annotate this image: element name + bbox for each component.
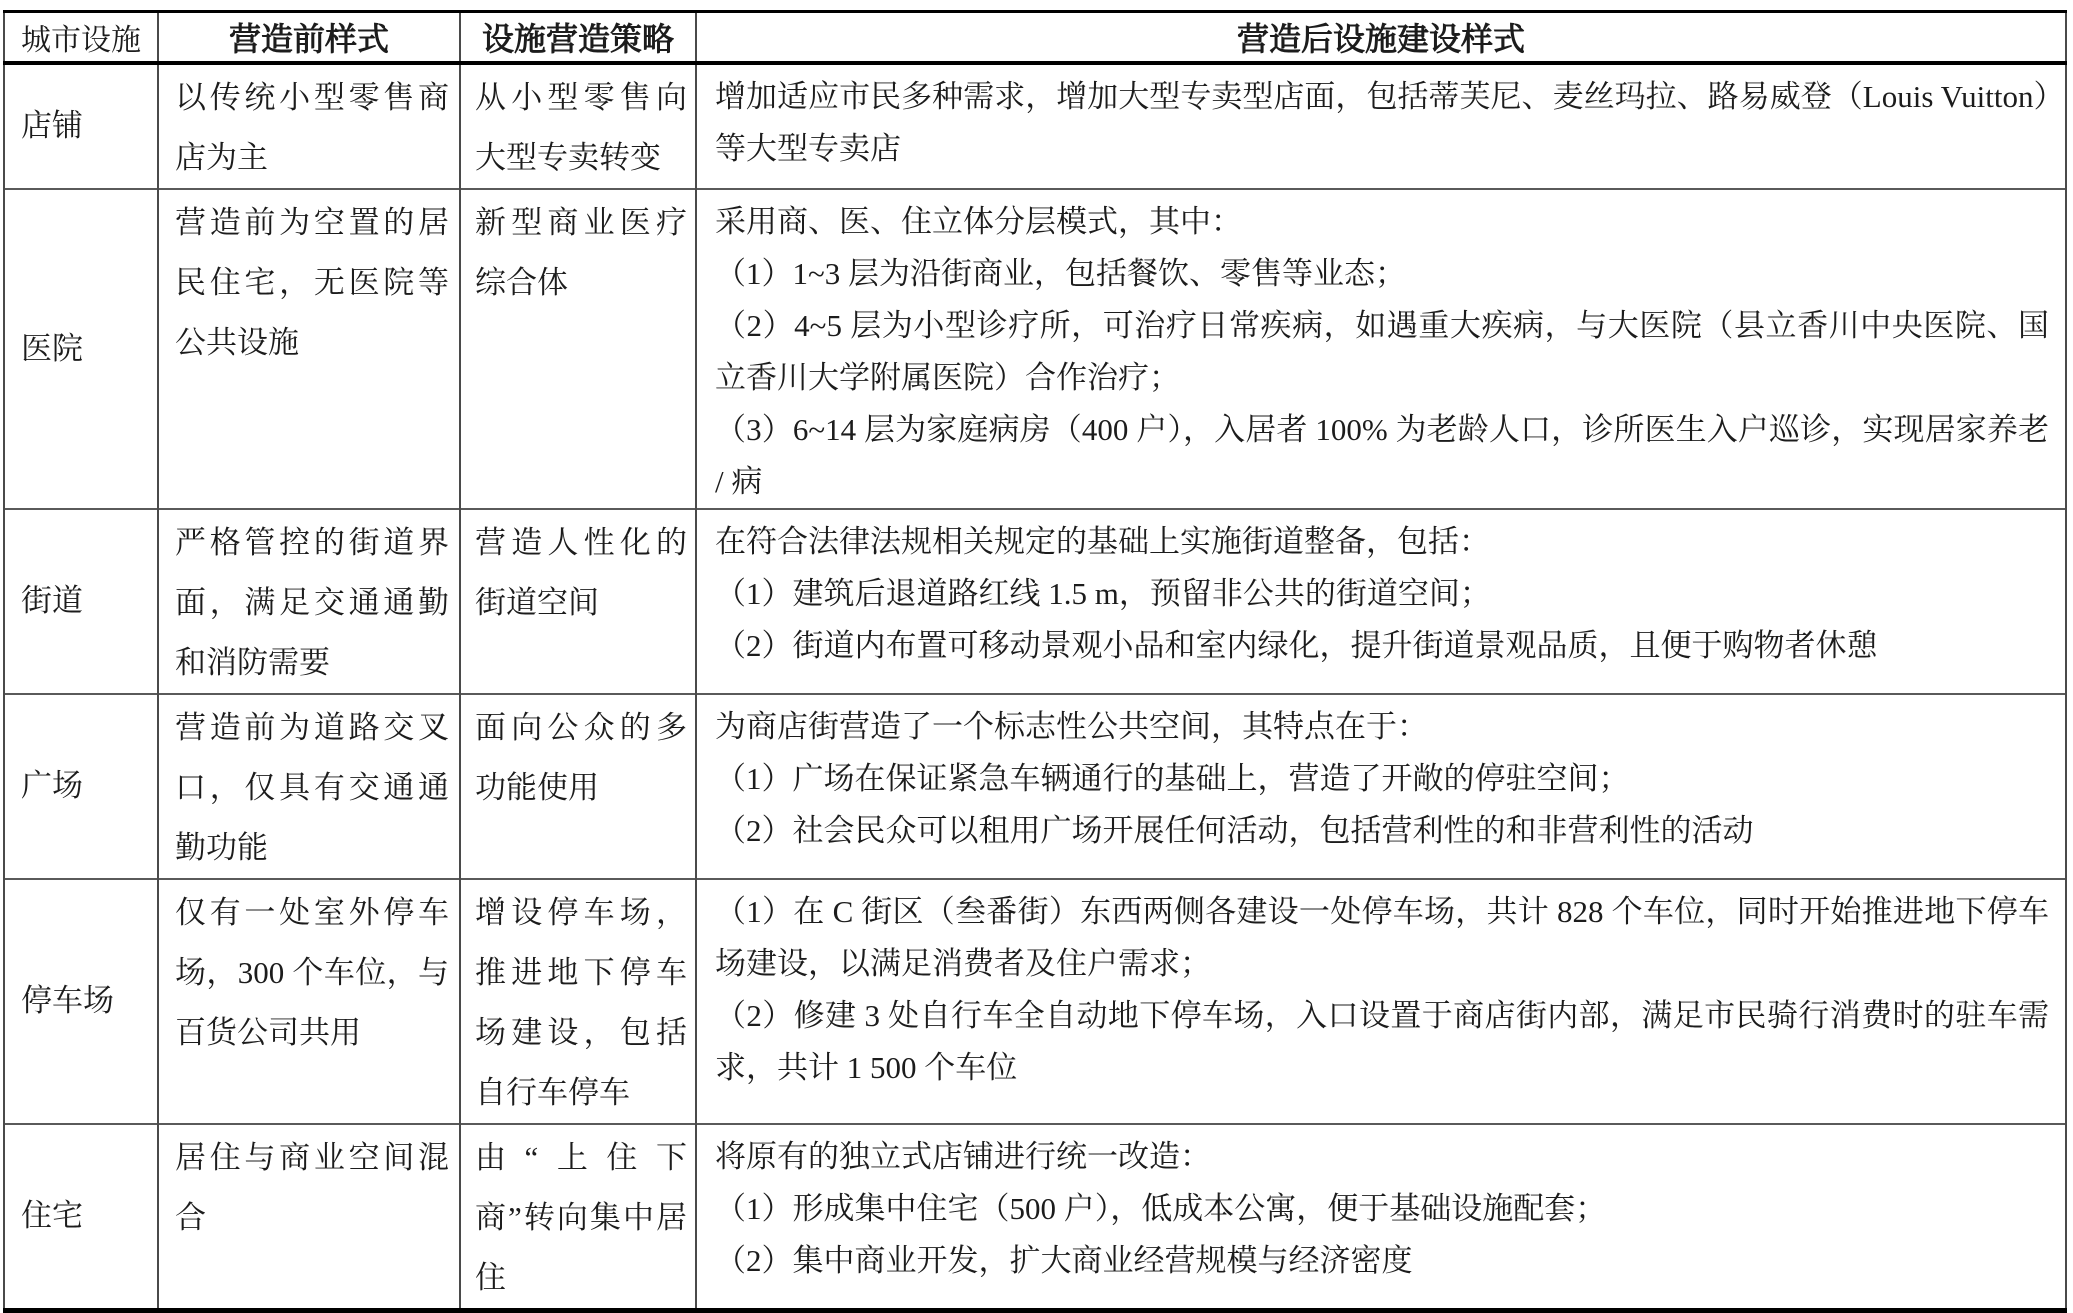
table-header-row: 城市设施 营造前样式 设施营造策略 营造后设施建设样式 — [4, 12, 2066, 63]
after-cell: 在符合法律法规相关规定的基础上实施街道整备，包括： （1）建筑后退道路红线 1.… — [696, 509, 2066, 694]
after-paragraph: （2）社会民众可以租用广场开展任何活动，包括营利性的和非营利性的活动 — [715, 805, 2049, 857]
after-cell: 采用商、医、住立体分层模式，其中： （1）1~3 层为沿街商业，包括餐饮、零售等… — [696, 189, 2066, 509]
table-row-hospital: 医院 营造前为空置的居民住宅，无医院等公共设施 新型商业医疗综合体 采用商、医、… — [4, 189, 2066, 509]
after-paragraph: 增加适应市民多种需求，增加大型专卖型店面，包括蒂芙尼、麦丝玛拉、路易威登（Lou… — [715, 71, 2049, 175]
before-cell: 营造前为空置的居民住宅，无医院等公共设施 — [158, 189, 460, 509]
after-paragraph: （2）街道内布置可移动景观小品和室内绿化，提升街道景观品质，且便于购物者休憩 — [715, 620, 2049, 672]
strategy-cell: 从小型零售向大型专卖转变 — [460, 63, 696, 189]
strategy-cell: 增设停车场，推进地下停车场建设，包括自行车停车 — [460, 879, 696, 1124]
before-cell: 营造前为道路交叉口，仅具有交通通勤功能 — [158, 694, 460, 879]
before-cell: 严格管控的街道界面，满足交通通勤和消防需要 — [158, 509, 460, 694]
facility-cell: 住宅 — [4, 1124, 158, 1311]
after-paragraph: （2）4~5 层为小型诊疗所，可治疗日常疾病，如遇重大疾病，与大医院（县立香川中… — [715, 300, 2049, 404]
header-cell-before: 营造前样式 — [158, 12, 460, 63]
after-paragraph: 采用商、医、住立体分层模式，其中： — [715, 196, 2049, 248]
facility-cell: 街道 — [4, 509, 158, 694]
after-paragraph: （2）集中商业开发，扩大商业经营规模与经济密度 — [715, 1235, 2049, 1287]
after-cell: （1）在 C 街区（叁番街）东西两侧各建设一处停车场，共计 828 个车位，同时… — [696, 879, 2066, 1124]
table-row-street: 街道 严格管控的街道界面，满足交通通勤和消防需要 营造人性化的街道空间 在符合法… — [4, 509, 2066, 694]
before-cell: 以传统小型零售商店为主 — [158, 63, 460, 189]
strategy-cell: 由“上住下商”转向集中居住 — [460, 1124, 696, 1311]
after-paragraph: （2）修建 3 处自行车全自动地下停车场，入口设置于商店街内部，满足市民骑行消费… — [715, 990, 2049, 1094]
before-cell: 居住与商业空间混合 — [158, 1124, 460, 1311]
after-paragraph: 在符合法律法规相关规定的基础上实施街道整备，包括： — [715, 516, 2049, 568]
facility-cell: 停车场 — [4, 879, 158, 1124]
strategy-cell: 营造人性化的街道空间 — [460, 509, 696, 694]
table-row-parking: 停车场 仅有一处室外停车场，300 个车位，与百货公司共用 增设停车场，推进地下… — [4, 879, 2066, 1124]
after-paragraph: （1）形成集中住宅（500 户），低成本公寓，便于基础设施配套； — [715, 1183, 2049, 1235]
table-row-shop: 店铺 以传统小型零售商店为主 从小型零售向大型专卖转变 增加适应市民多种需求，增… — [4, 63, 2066, 189]
header-cell-after: 营造后设施建设样式 — [696, 12, 2066, 63]
facility-cell: 广场 — [4, 694, 158, 879]
after-paragraph: （3）6~14 层为家庭病房（400 户），入居者 100% 为老龄人口，诊所医… — [715, 404, 2049, 508]
before-cell: 仅有一处室外停车场，300 个车位，与百货公司共用 — [158, 879, 460, 1124]
table-row-residence: 住宅 居住与商业空间混合 由“上住下商”转向集中居住 将原有的独立式店铺进行统一… — [4, 1124, 2066, 1311]
table-row-square: 广场 营造前为道路交叉口，仅具有交通通勤功能 面向公众的多功能使用 为商店街营造… — [4, 694, 2066, 879]
header-cell-strategy: 设施营造策略 — [460, 12, 696, 63]
after-cell: 将原有的独立式店铺进行统一改造： （1）形成集中住宅（500 户），低成本公寓，… — [696, 1124, 2066, 1311]
facility-cell: 医院 — [4, 189, 158, 509]
table-body: 店铺 以传统小型零售商店为主 从小型零售向大型专卖转变 增加适应市民多种需求，增… — [4, 63, 2066, 1311]
after-paragraph: （1）建筑后退道路红线 1.5 m，预留非公共的街道空间； — [715, 568, 2049, 620]
after-paragraph: （1）广场在保证紧急车辆通行的基础上，营造了开敞的停驻空间； — [715, 753, 2049, 805]
after-paragraph: （1）1~3 层为沿街商业，包括餐饮、零售等业态； — [715, 248, 2049, 300]
facility-cell: 店铺 — [4, 63, 158, 189]
after-cell: 增加适应市民多种需求，增加大型专卖型店面，包括蒂芙尼、麦丝玛拉、路易威登（Lou… — [696, 63, 2066, 189]
strategy-cell: 面向公众的多功能使用 — [460, 694, 696, 879]
facility-comparison-table: 城市设施 营造前样式 设施营造策略 营造后设施建设样式 店铺 以传统小型零售商店… — [3, 10, 2067, 1313]
after-paragraph: 为商店街营造了一个标志性公共空间，其特点在于： — [715, 701, 2049, 753]
after-paragraph: 将原有的独立式店铺进行统一改造： — [715, 1131, 2049, 1183]
after-cell: 为商店街营造了一个标志性公共空间，其特点在于： （1）广场在保证紧急车辆通行的基… — [696, 694, 2066, 879]
strategy-cell: 新型商业医疗综合体 — [460, 189, 696, 509]
header-cell-facility: 城市设施 — [4, 12, 158, 63]
after-paragraph: （1）在 C 街区（叁番街）东西两侧各建设一处停车场，共计 828 个车位，同时… — [715, 886, 2049, 990]
